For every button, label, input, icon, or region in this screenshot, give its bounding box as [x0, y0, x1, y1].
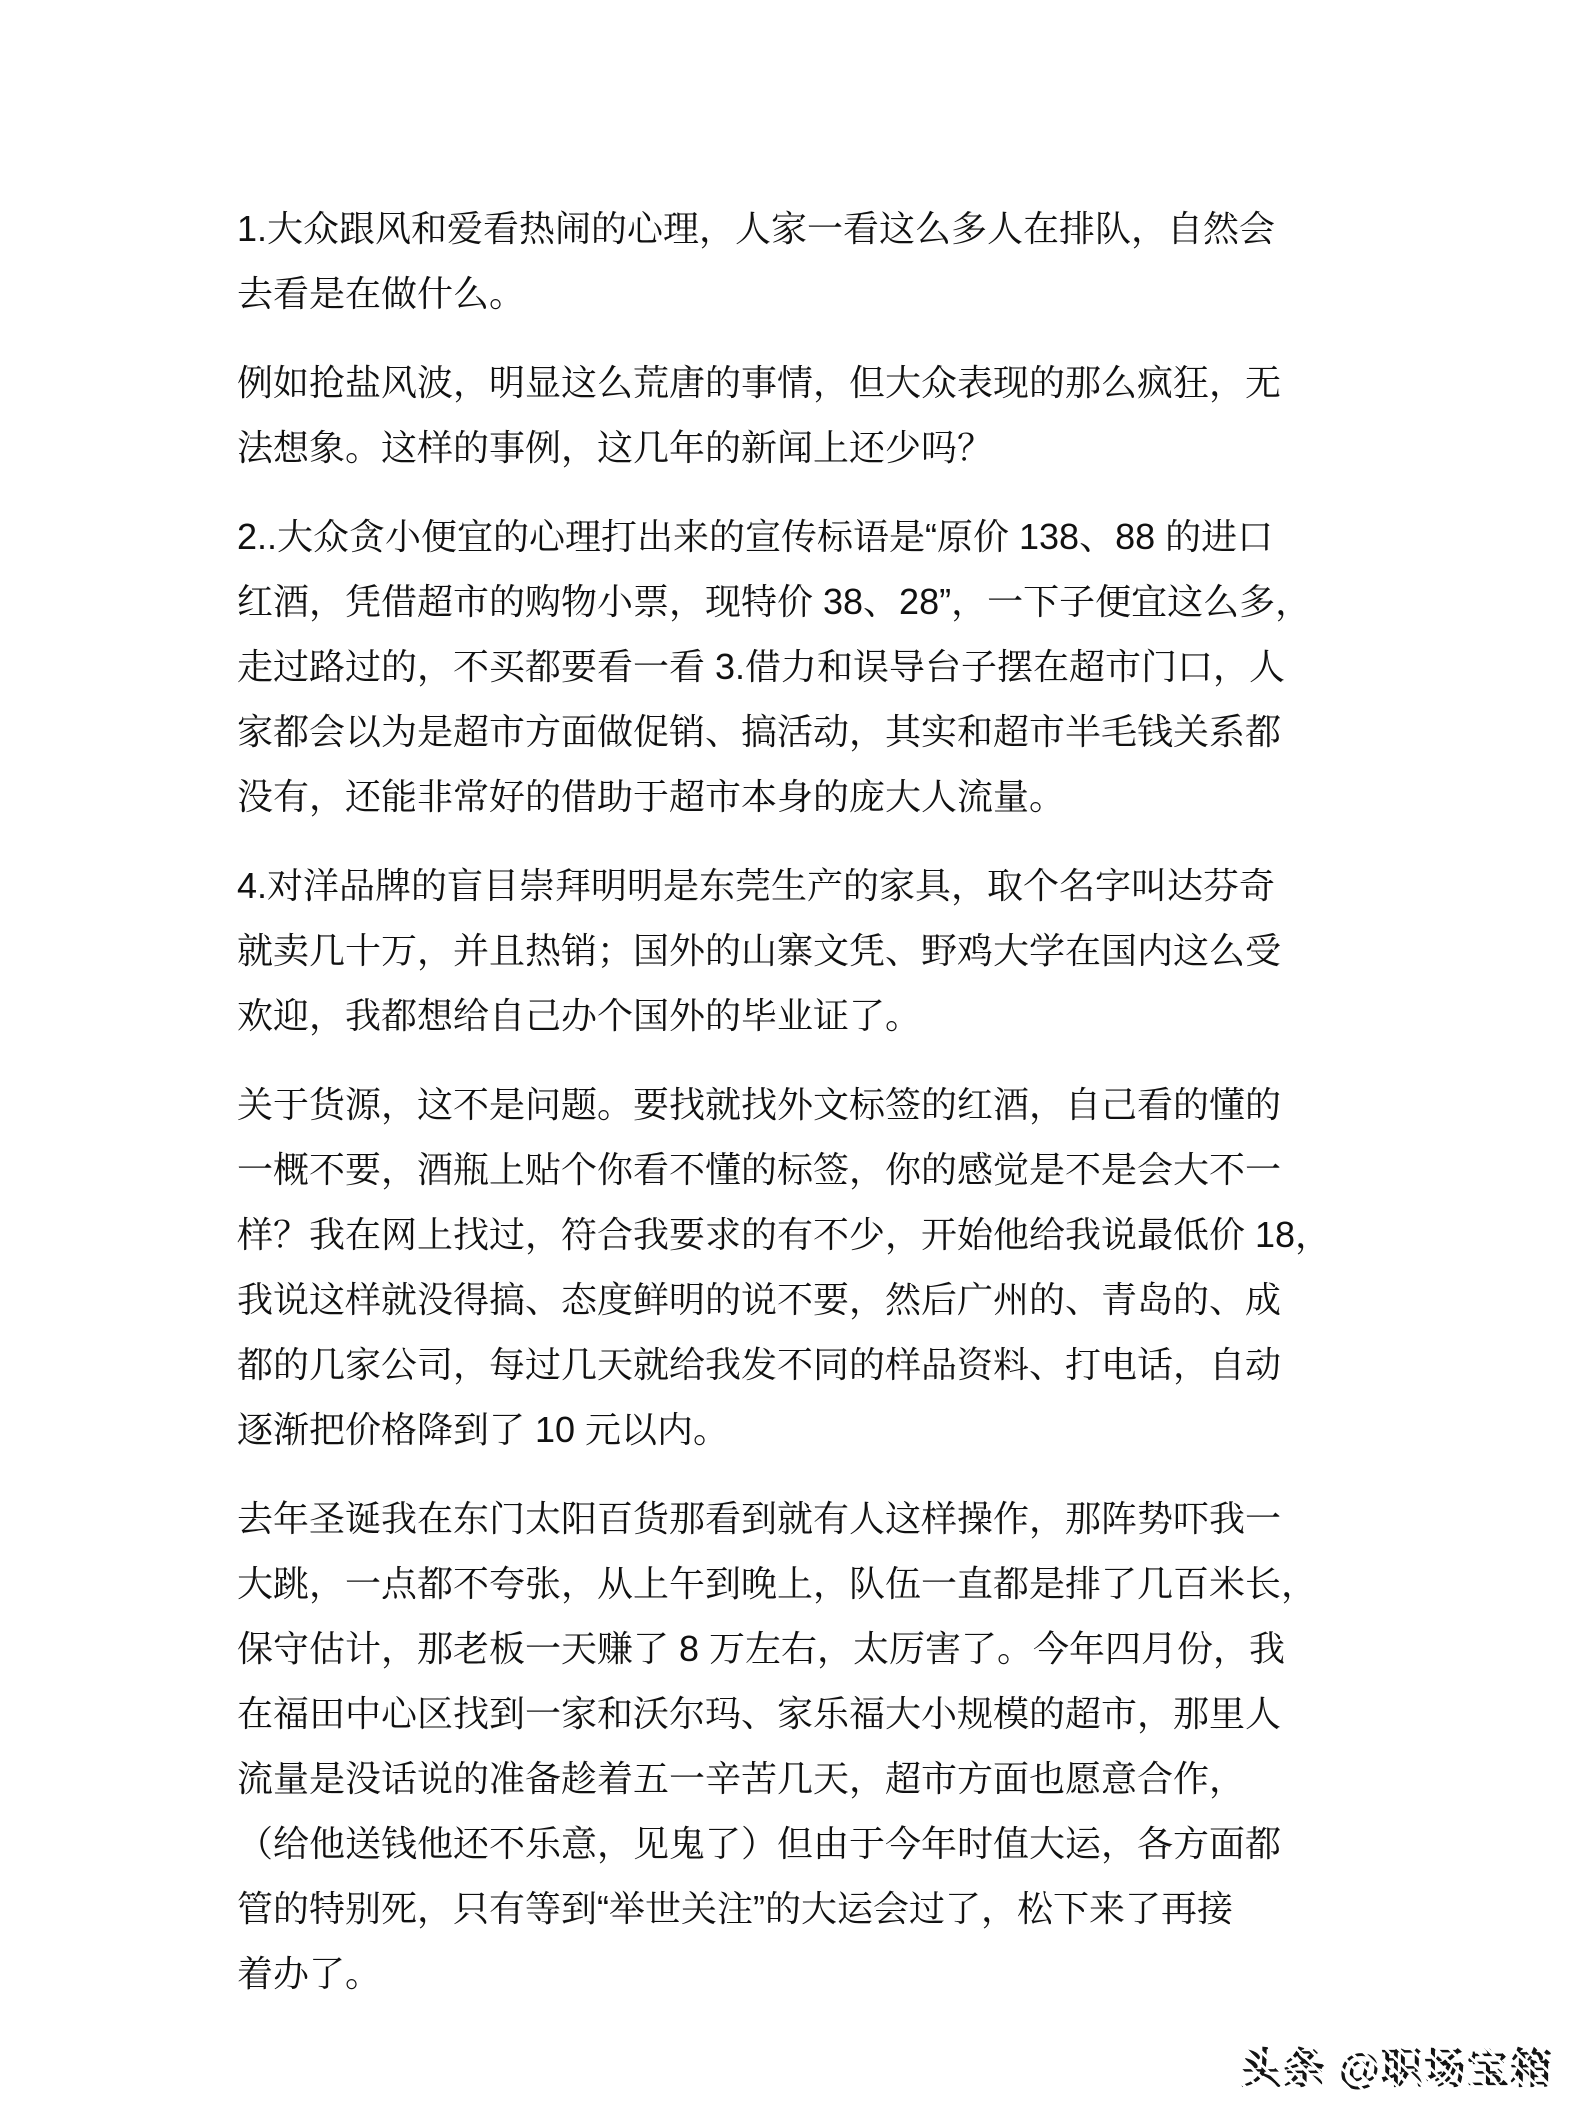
text-line: 一概不要，酒瓶上贴个你看不懂的标签，你的感觉是不是会大不一	[237, 1137, 1452, 1202]
article-body: 1.大众跟风和爱看热闹的心理，人家一看这么多人在排队，自然会去看是在做什么。例如…	[237, 196, 1452, 2006]
text-line: 去年圣诞我在东门太阳百货那看到就有人这样操作，那阵势吓我一	[237, 1486, 1452, 1551]
text-line: 都的几家公司，每过几天就给我发不同的样品资料、打电话，自动	[237, 1332, 1452, 1397]
text-line: 2..大众贪小便宜的心理打出来的宣传标语是“原价 138、88 的进口	[237, 504, 1452, 569]
paragraph-4: 4.对洋品牌的盲目崇拜明明是东莞生产的家具，取个名字叫达芬奇就卖几十万，并且热销…	[237, 853, 1452, 1048]
text-line: 欢迎，我都想给自己办个国外的毕业证了。	[237, 983, 1452, 1048]
paragraph-5: 关于货源，这不是问题。要找就找外文标签的红酒，自己看的懂的一概不要，酒瓶上贴个你…	[237, 1072, 1452, 1462]
text-line: 保守估计，那老板一天赚了 8 万左右，太厉害了。今年四月份，我	[237, 1616, 1452, 1681]
text-line: 在福田中心区找到一家和沃尔玛、家乐福大小规模的超市，那里人	[237, 1681, 1452, 1746]
text-line: 1.大众跟风和爱看热闹的心理，人家一看这么多人在排队，自然会	[237, 196, 1452, 261]
text-line: 大跳，一点都不夸张，从上午到晚上，队伍一直都是排了几百米长，	[237, 1551, 1452, 1616]
text-line: 样？我在网上找过，符合我要求的有不少，开始他给我说最低价 18，	[237, 1202, 1452, 1267]
text-line: 流量是没话说的准备趁着五一辛苦几天，超市方面也愿意合作，	[237, 1746, 1452, 1811]
text-line: 管的特别死，只有等到“举世关注”的大运会过了，松下来了再接	[237, 1876, 1452, 1941]
text-line: 去看是在做什么。	[237, 261, 1452, 326]
text-line: 没有，还能非常好的借助于超市本身的庞大人流量。	[237, 764, 1452, 829]
text-line: 走过路过的，不买都要看一看 3.借力和误导台子摆在超市门口，人	[237, 634, 1452, 699]
text-line: 例如抢盐风波，明显这么荒唐的事情，但大众表现的那么疯狂，无	[237, 350, 1452, 415]
text-line: 关于货源，这不是问题。要找就找外文标签的红酒，自己看的懂的	[237, 1072, 1452, 1137]
watermark: 头条 @职场宝箱	[1240, 2046, 1553, 2092]
text-line: 我说这样就没得搞、态度鲜明的说不要，然后广州的、青岛的、成	[237, 1267, 1452, 1332]
text-line: 家都会以为是超市方面做促销、搞活动，其实和超市半毛钱关系都	[237, 699, 1452, 764]
text-line: 逐渐把价格降到了 10 元以内。	[237, 1397, 1452, 1462]
paragraph-2: 例如抢盐风波，明显这么荒唐的事情，但大众表现的那么疯狂，无法想象。这样的事例，这…	[237, 350, 1452, 480]
paragraph-3: 2..大众贪小便宜的心理打出来的宣传标语是“原价 138、88 的进口红酒，凭借…	[237, 504, 1452, 829]
text-line: 就卖几十万，并且热销；国外的山寨文凭、野鸡大学在国内这么受	[237, 918, 1452, 983]
text-line: 法想象。这样的事例，这几年的新闻上还少吗？	[237, 415, 1452, 480]
document-page: { "page": { "background_color": "#ffffff…	[0, 0, 1587, 2127]
text-line: 红酒，凭借超市的购物小票，现特价 38、28”，一下子便宜这么多，	[237, 569, 1452, 634]
paragraph-1: 1.大众跟风和爱看热闹的心理，人家一看这么多人在排队，自然会去看是在做什么。	[237, 196, 1452, 326]
text-line: （给他送钱他还不乐意，见鬼了）但由于今年时值大运，各方面都	[237, 1811, 1452, 1876]
text-line: 着办了。	[237, 1941, 1452, 2006]
paragraph-6: 去年圣诞我在东门太阳百货那看到就有人这样操作，那阵势吓我一大跳，一点都不夸张，从…	[237, 1486, 1452, 2006]
text-line: 4.对洋品牌的盲目崇拜明明是东莞生产的家具，取个名字叫达芬奇	[237, 853, 1452, 918]
